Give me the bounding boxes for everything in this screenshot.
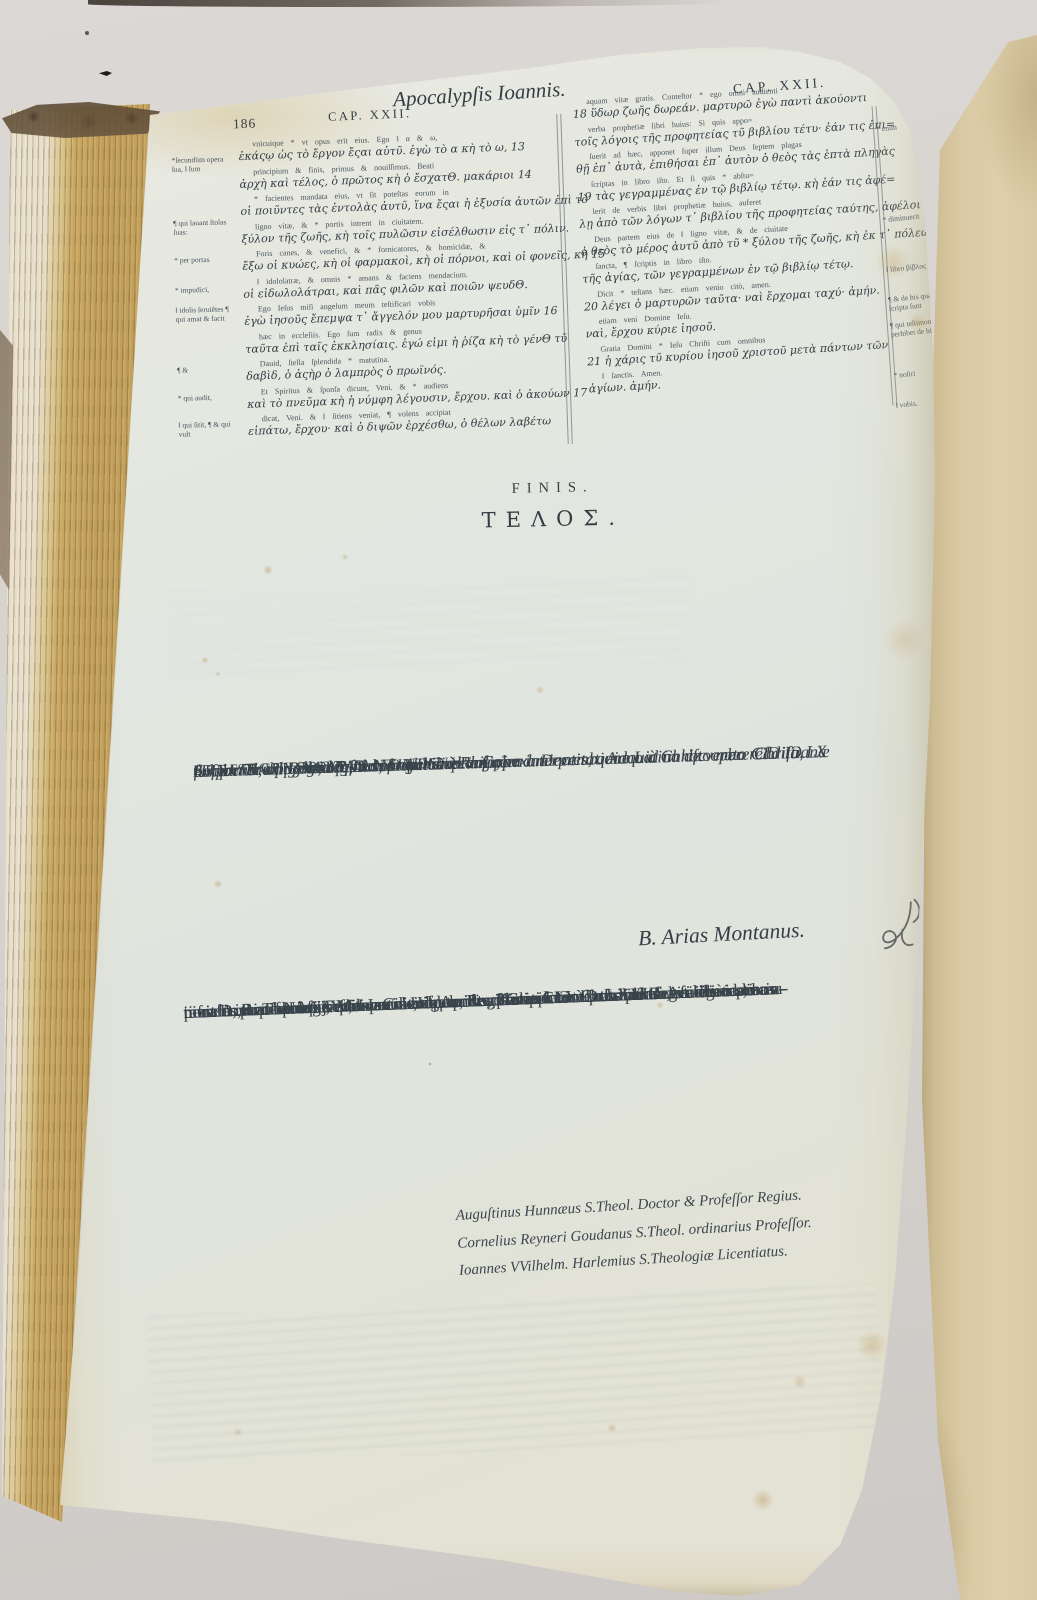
margin-note: ‖ libro βίβλος — [886, 259, 943, 274]
margin-note: * per portas — [174, 254, 238, 265]
dust-speck — [99, 71, 112, 76]
running-title: Apocalypſis Ioannis. — [392, 77, 566, 112]
margin-note: * enim — [876, 119, 933, 134]
left-margin-notes: *ſecundùm opera ſua, ‖ ſum¶ qui lauant ſ… — [171, 141, 243, 443]
finis-latin: FINIS. — [397, 477, 707, 500]
book-photo: 186 CAP. XXII. Apocalypſis Ioannis. CAP.… — [0, 0, 1037, 1600]
approbation-line: mus. Actum Louanij V I I I. Calend. Apri… — [183, 968, 987, 1000]
margin-note: * impudici, — [175, 284, 239, 295]
margin-note: * diminuerit — [882, 209, 939, 224]
finis-block: FINIS. ΤΕΛΟΣ. — [397, 477, 708, 534]
left-text-column: vnicuique * vt opus erit eius. Ego ‖ α &… — [238, 129, 574, 443]
handwritten-flourish — [868, 892, 932, 959]
page-number: 186 — [233, 116, 257, 133]
photo-top-edge — [88, 0, 728, 7]
margin-note: ‖ idolis ſeruiêtes ¶ qui amat & facit — [175, 304, 239, 324]
finis-greek: ΤΕΛΟΣ. — [398, 504, 708, 534]
margin-note: ¶ & — [177, 364, 241, 375]
margin-note: * qui audit, — [178, 392, 242, 403]
dust-speck — [85, 31, 89, 35]
printer-colophon: Novvm hoc Teſtamentum Græcum cum interpr… — [193, 733, 988, 758]
margin-note: *ſecundùm opera ſua, ‖ ſum — [171, 154, 235, 174]
signatories-list: Auguſtinus Hunnæus S.Theol. Doctor & Pro… — [455, 1172, 989, 1286]
approbation-paragraph: Hanc Noui Teſtamenti Latinam interpretat… — [183, 968, 987, 1000]
colophon-line: exhibetur, approbauit. Datum Antuerpiæ C… — [193, 733, 988, 758]
verso-text-bleedthrough — [169, 573, 692, 681]
margin-note: ¶ qui lauant ſtolas ſuas: — [173, 217, 237, 237]
right-text-column: aquam vitæ gratis. Conteſtor * ego omni … — [572, 80, 901, 400]
colophon-line-text: exhibetur, approbauit. Datum Antuerpiæ C… — [193, 738, 827, 784]
next-leaf-edge — [917, 35, 1037, 1600]
approbation-line-text: mus. Actum Louanij V I I I. Calend. Apri… — [183, 981, 653, 1025]
signature-name: B. Arias Montanus. — [637, 918, 805, 952]
margin-note: ‖ qui ſitit, ¶ & qui vult — [178, 419, 242, 439]
book-page: 186 CAP. XXII. Apocalypſis Ioannis. CAP.… — [50, 22, 950, 1600]
verso-text-bleedthrough — [147, 1284, 883, 1467]
